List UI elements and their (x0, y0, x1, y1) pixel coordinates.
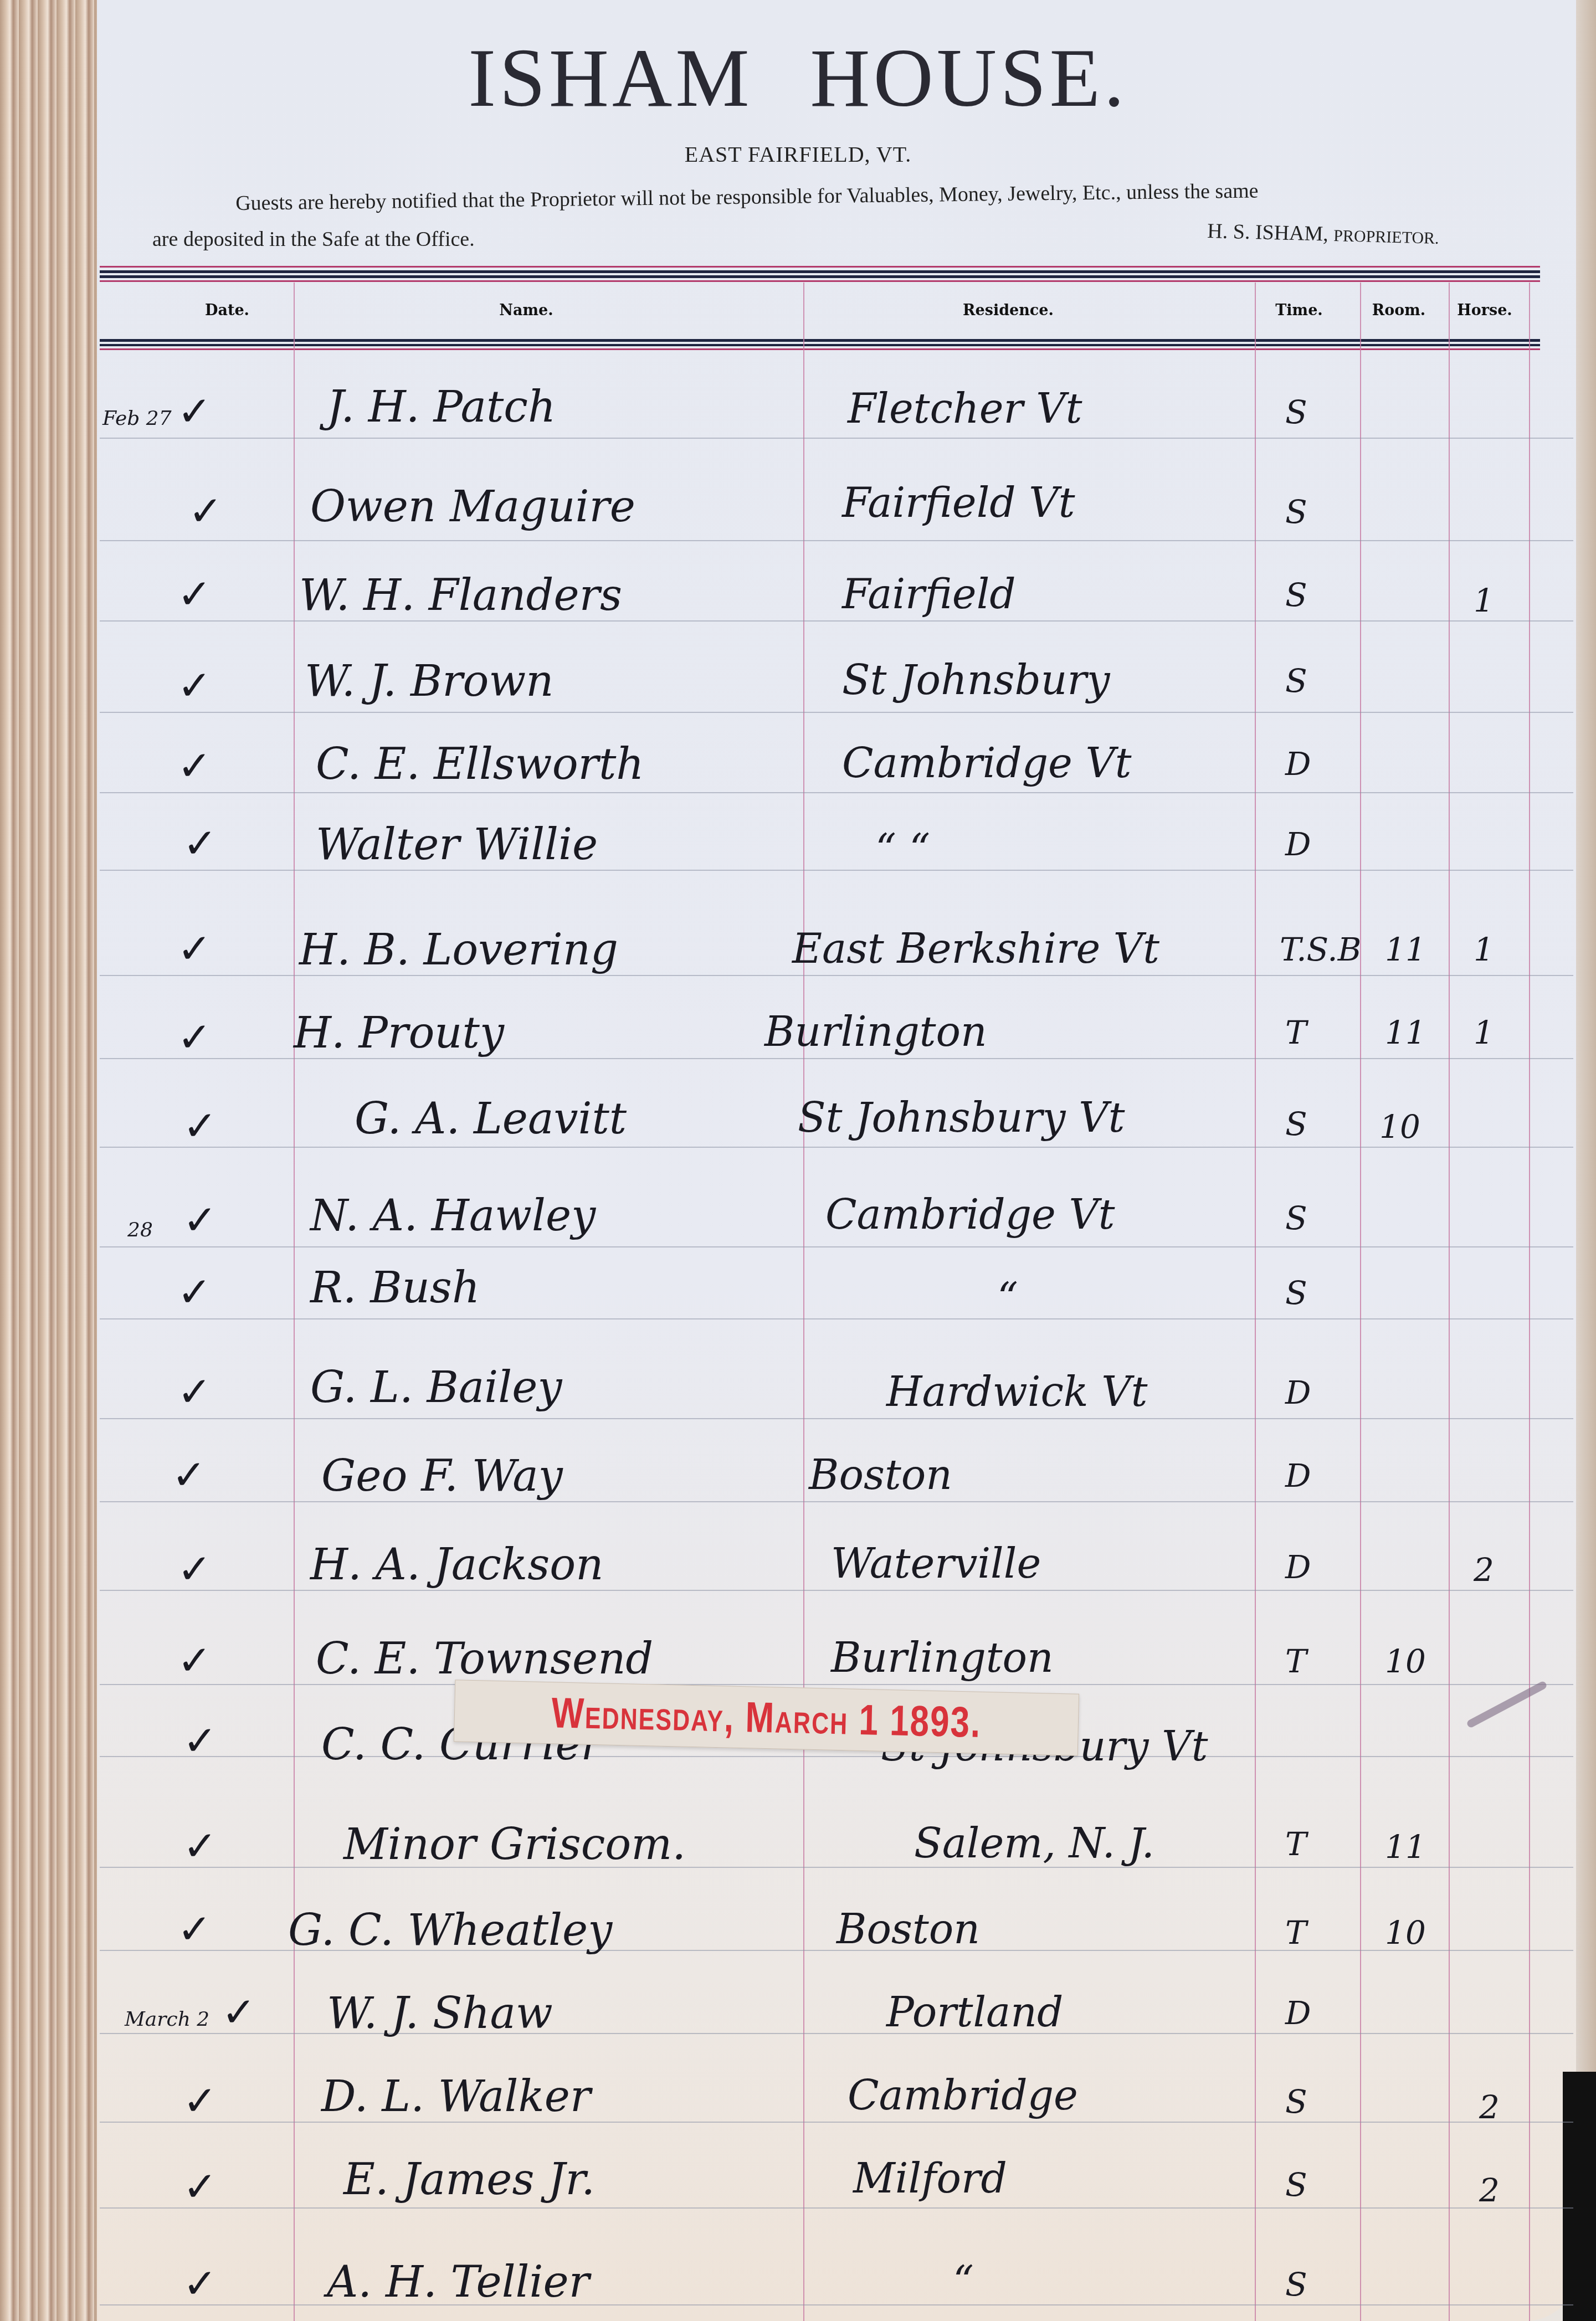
guest-name: Minor Griscom. (343, 1820, 686, 1870)
proprietor-title: Proprietor. (1333, 227, 1439, 248)
guest-residence: Burlington (831, 1634, 1054, 1682)
column-header-name: Name. (499, 302, 553, 319)
entry-time: S (1285, 576, 1307, 614)
entry-time: S (1285, 1105, 1307, 1143)
checkmark-icon: ✓ (177, 925, 212, 973)
ledger-line (100, 975, 1573, 976)
column-header-horse: Horse. (1457, 302, 1512, 319)
guest-name: Owen Maguire (310, 482, 635, 532)
guest-residence: St Johnsbury Vt (798, 1094, 1125, 1142)
ledger-line (100, 870, 1573, 871)
checkmark-icon: ✓ (177, 1545, 212, 1593)
entry-time: S (1285, 393, 1307, 431)
entry-room: 10 (1385, 1642, 1426, 1680)
entry-time: S (1285, 2166, 1307, 2204)
entry-time: T.S.B (1280, 931, 1361, 968)
entry-horse: 1 (1474, 582, 1494, 619)
guest-residence: Burlington (764, 1008, 987, 1056)
guest-name: W. J. Brown (305, 656, 554, 706)
header-rule-top (100, 266, 1540, 283)
ledger-line (100, 620, 1573, 622)
checkmark-icon: ✓ (183, 2260, 217, 2308)
column-header-time: Time. (1275, 302, 1323, 319)
ledger-line (100, 2033, 1573, 2034)
guest-residence: Cambridge Vt (842, 740, 1132, 787)
ledger-line (100, 1590, 1573, 1591)
ledger-line (100, 1684, 1573, 1685)
entry-time: D (1285, 825, 1311, 863)
entry-time: D (1285, 1374, 1311, 1411)
guest-name: W. J. Shaw (327, 1989, 553, 2038)
checkmark-icon: ✓ (183, 1717, 217, 1765)
entry-time: T (1285, 1914, 1307, 1952)
entry-room: 10 (1379, 1108, 1420, 1146)
checkmark-icon: ✓ (188, 487, 223, 535)
guest-name: G. A. Leavitt (355, 1094, 627, 1144)
guest-residence: Fairfield (842, 571, 1016, 618)
guest-name: Walter Willie (316, 820, 598, 870)
ledger-line (100, 2304, 1573, 2305)
entry-room: 11 (1385, 1014, 1426, 1051)
checkmark-icon: ✓ (177, 662, 212, 710)
entry-horse: 2 (1479, 2088, 1500, 2126)
checkmark-icon: ✓ (177, 1637, 212, 1685)
ledger-line (100, 1058, 1573, 1059)
column-header-residence: Residence. (963, 302, 1054, 319)
column-divider (1529, 283, 1530, 2321)
entry-time: D (1285, 1548, 1311, 1586)
ledger-line (100, 792, 1573, 793)
ledger-line (100, 1318, 1573, 1319)
checkmark-icon: ✓ (177, 571, 212, 618)
date-stamp-text: Wednesday, March 1 1893. (551, 1688, 982, 1747)
entry-time: D (1285, 745, 1311, 783)
checkmark-icon: ✓ (183, 820, 217, 867)
guest-name: Geo F. Way (321, 1451, 563, 1501)
entry-room: 11 (1385, 1828, 1426, 1866)
column-divider (1360, 283, 1361, 2321)
checkmark-icon: ✓ (177, 1368, 212, 1416)
guest-residence: “ (953, 2257, 974, 2305)
checkmark-icon: ✓ (222, 1989, 256, 2036)
ledger-line (100, 1418, 1573, 1419)
guest-residence: Fletcher Vt (848, 385, 1082, 433)
entry-time: S (1285, 662, 1307, 700)
entry-time: S (1285, 1274, 1307, 1312)
ledger-line (100, 438, 1573, 439)
guest-residence: St Johnsbury (842, 656, 1110, 704)
checkmark-icon: ✓ (177, 742, 212, 790)
checkmark-icon: ✓ (183, 1102, 217, 1150)
checkmark-icon: ✓ (177, 1014, 212, 1061)
guest-residence: “ “ (875, 825, 930, 873)
guest-name: H. B. Lovering (299, 925, 618, 975)
entry-time: T (1285, 1642, 1307, 1680)
ledger-line (100, 1867, 1573, 1868)
ledger-line (100, 1246, 1573, 1247)
entry-time: T (1285, 1825, 1307, 1863)
entry-date: 28 (127, 1219, 153, 1241)
ledger-line (100, 712, 1573, 713)
checkmark-icon: ✓ (172, 1451, 206, 1499)
hotel-location: EAST FAIRFIELD, VT. (0, 141, 1596, 167)
checkmark-icon: ✓ (183, 2077, 217, 2125)
entry-time: S (1285, 1199, 1307, 1237)
guest-name: G. L. Bailey (310, 1363, 562, 1413)
ledger-line (100, 1147, 1573, 1148)
entry-horse: 2 (1479, 2171, 1500, 2209)
book-page-edges (0, 0, 100, 2321)
guest-name: E. James Jr. (343, 2155, 595, 2205)
guest-residence: Salem, N. J. (914, 1820, 1154, 1867)
guest-residence: Boston (809, 1451, 952, 1499)
entry-date: March 2 (125, 2008, 209, 2031)
guest-name: H. A. Jackson (310, 1540, 603, 1590)
column-divider (1255, 283, 1256, 2321)
column-divider (803, 283, 804, 2321)
checkmark-icon: ✓ (177, 1269, 212, 1316)
entry-time: S (1285, 2266, 1307, 2303)
guest-residence: Cambridge (848, 2072, 1078, 2119)
guest-residence: Cambridge Vt (825, 1191, 1115, 1239)
column-header-date: Date. (205, 302, 249, 319)
checkmark-icon: ✓ (183, 2163, 217, 2211)
entry-horse: 1 (1474, 1014, 1494, 1051)
column-header-room: Room. (1372, 302, 1425, 319)
guest-residence: Milford (853, 2155, 1007, 2202)
entry-time: S (1285, 2083, 1307, 2120)
checkmark-icon: ✓ (183, 1197, 217, 1244)
guest-residence: “ (997, 1274, 1018, 1322)
header-rule-bottom (100, 339, 1540, 351)
guest-residence: Fairfield Vt (842, 479, 1075, 527)
guest-name: N. A. Hawley (310, 1191, 596, 1241)
guest-name: C. E. Ellsworth (316, 740, 644, 789)
entry-time: D (1285, 1994, 1311, 2032)
entry-room: 11 (1385, 931, 1426, 968)
guest-name: A. H. Tellier (327, 2257, 589, 2307)
ledger-line (100, 1501, 1573, 1502)
guest-name: C. E. Townsend (316, 1634, 653, 1684)
guest-name: J. H. Patch (327, 382, 556, 432)
ledger-line (100, 2207, 1573, 2209)
checkmark-icon: ✓ (177, 1906, 212, 1953)
guest-name: W. H. Flanders (299, 571, 622, 620)
notice-line-2: are deposited in the Safe at the Office. (152, 227, 475, 251)
ledger-line (100, 1756, 1573, 1757)
guest-residence: East Berkshire Vt (792, 925, 1159, 973)
proprietor-name: H. S. ISHAM, (1207, 219, 1329, 246)
hotel-title: ISHAM HOUSE. (0, 30, 1596, 126)
guest-residence: Portland (886, 1989, 1063, 2036)
checkmark-icon: ✓ (177, 388, 212, 435)
entry-horse: 1 (1474, 931, 1494, 968)
page-right-edge (1576, 0, 1596, 2321)
entry-date: Feb 27 (102, 407, 172, 430)
guest-name: D. L. Walker (321, 2072, 591, 2122)
entry-room: 10 (1385, 1914, 1426, 1952)
guest-residence: Boston (837, 1906, 980, 1953)
entry-time: S (1285, 493, 1307, 531)
column-divider (1449, 283, 1450, 2321)
checkmark-icon: ✓ (183, 1822, 217, 1870)
entry-time: T (1285, 1014, 1307, 1051)
guest-name: H. Prouty (294, 1008, 504, 1058)
column-divider (294, 283, 295, 2321)
guest-residence: Hardwick Vt (886, 1368, 1147, 1416)
ledger-line (100, 540, 1573, 541)
entry-horse: 2 (1474, 1551, 1494, 1589)
guest-residence: Waterville (831, 1540, 1041, 1588)
entry-time: D (1285, 1457, 1311, 1495)
guest-name: G. C. Wheatley (288, 1906, 612, 1955)
background-corner (1563, 2072, 1596, 2321)
ledger-line (100, 2122, 1573, 2123)
guest-name: R. Bush (310, 1263, 480, 1313)
